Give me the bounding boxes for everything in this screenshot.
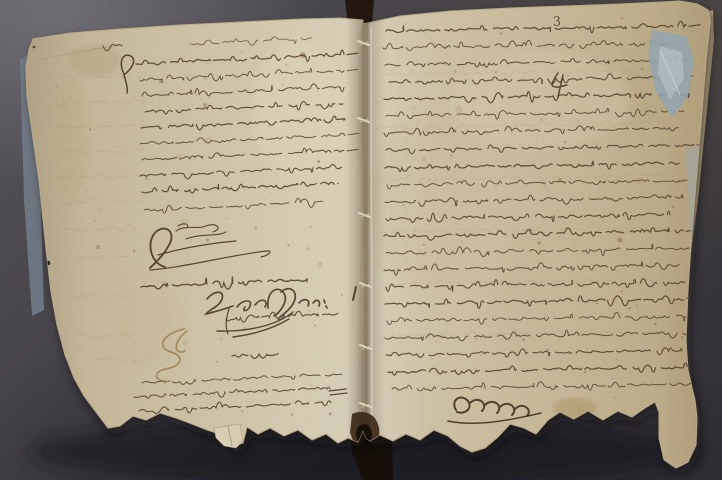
- photo-background: 3: [0, 0, 722, 480]
- fold-highlight: [371, 26, 372, 434]
- fold-shading: [346, 14, 386, 444]
- page-surface: 3: [0, 0, 722, 480]
- wormhole: [46, 261, 51, 266]
- page-number: 3: [552, 15, 561, 30]
- corner-speck: [33, 46, 36, 49]
- manuscript-photo: 3: [0, 0, 722, 480]
